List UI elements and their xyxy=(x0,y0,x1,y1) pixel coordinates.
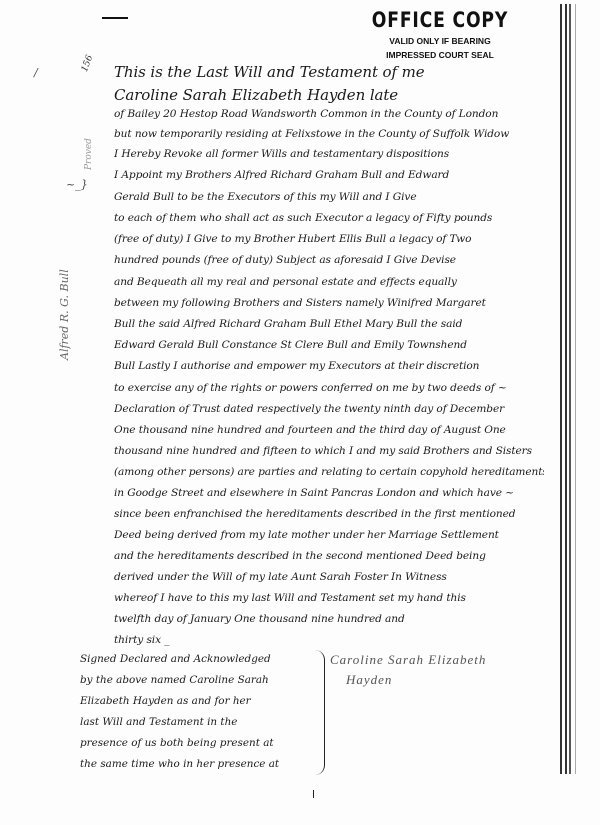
will-line-9: (free of duty) I Give to my Brother Hube… xyxy=(114,232,544,246)
stamp-line-2: IMPRESSED COURT SEAL xyxy=(340,50,540,60)
will-line-13: Bull the said Alfred Richard Graham Bull… xyxy=(114,317,544,331)
attestation-line-1: Signed Declared and Acknowledged xyxy=(80,652,310,666)
will-line-19: thousand nine hundred and fifteen to whi… xyxy=(114,444,544,458)
margin-note-proved: Proved xyxy=(84,138,94,170)
testator-signature-line-1: Caroline Sarah Elizabeth xyxy=(330,652,486,668)
stamp-title: OFFICE COPY xyxy=(358,8,522,32)
will-line-5: I Hereby Revoke all former Wills and tes… xyxy=(114,147,544,161)
will-line-24: and the hereditaments described in the s… xyxy=(114,549,544,563)
will-line-2: Caroline Sarah Elizabeth Hayden late xyxy=(114,85,544,105)
attestation-brace xyxy=(310,650,325,775)
will-line-25: derived under the Will of my late Aunt S… xyxy=(114,570,544,584)
attestation-line-2: by the above named Caroline Sarah xyxy=(80,673,310,687)
office-copy-stamp: OFFICE COPY VALID ONLY IF BEARING IMPRES… xyxy=(340,8,540,60)
binding-edge-rules xyxy=(560,4,582,774)
will-line-6: I Appoint my Brothers Alfred Richard Gra… xyxy=(114,168,544,182)
will-line-27-date: twelfth day of January One thousand nine… xyxy=(114,612,544,626)
will-line-17: Declaration of Trust dated respectively … xyxy=(114,402,544,416)
margin-note-name: Alfred R. G. Bull xyxy=(58,269,71,360)
scanned-will-page: OFFICE COPY VALID ONLY IF BEARING IMPRES… xyxy=(0,0,600,825)
will-line-23: Deed being derived from my late mother u… xyxy=(114,528,544,542)
will-line-3: of Bailey 20 Hestop Road Wandsworth Comm… xyxy=(114,107,544,121)
stamp-line-1: VALID ONLY IF BEARING xyxy=(340,36,540,46)
will-line-16: to exercise any of the rights or powers … xyxy=(114,381,544,395)
attestation-line-4: last Will and Testament in the xyxy=(80,715,310,729)
will-line-4: but now temporarily residing at Felixsto… xyxy=(114,127,544,141)
attestation-line-6: the same time who in her presence at xyxy=(80,757,310,771)
will-line-21: in Goodge Street and elsewhere in Saint … xyxy=(114,486,544,500)
will-line-26: whereof I have to this my last Will and … xyxy=(114,591,544,605)
folio-number: 156 xyxy=(80,54,95,74)
will-line-15: Bull Lastly I authorise and empower my E… xyxy=(114,359,544,373)
will-line-10: hundred pounds (free of duty) Subject as… xyxy=(114,253,544,267)
will-line-11: and Bequeath all my real and personal es… xyxy=(114,275,544,289)
brace-tick xyxy=(313,790,314,798)
will-line-1: This is the Last Will and Testament of m… xyxy=(114,62,544,82)
attestation-line-5: presence of us both being present at xyxy=(80,736,310,750)
will-line-12: between my following Brothers and Sister… xyxy=(114,296,544,310)
will-line-28: thirty six _ xyxy=(114,633,544,647)
testator-signature-line-2: Hayden xyxy=(346,672,392,688)
margin-bracket: ~_} xyxy=(66,178,88,191)
attestation-line-3: Elizabeth Hayden as and for her xyxy=(80,694,310,708)
will-line-20: (among other persons) are parties and re… xyxy=(114,465,544,479)
will-line-22: since been enfranchised the hereditament… xyxy=(114,507,544,521)
will-line-8: to each of them who shall act as such Ex… xyxy=(114,211,544,225)
margin-mark: / xyxy=(34,66,38,79)
will-line-14: Edward Gerald Bull Constance St Clere Bu… xyxy=(114,338,544,352)
will-line-18: One thousand nine hundred and fourteen a… xyxy=(114,423,544,437)
top-margin-rule xyxy=(102,17,128,19)
will-line-7: Gerald Bull to be the Executors of this … xyxy=(114,190,544,204)
